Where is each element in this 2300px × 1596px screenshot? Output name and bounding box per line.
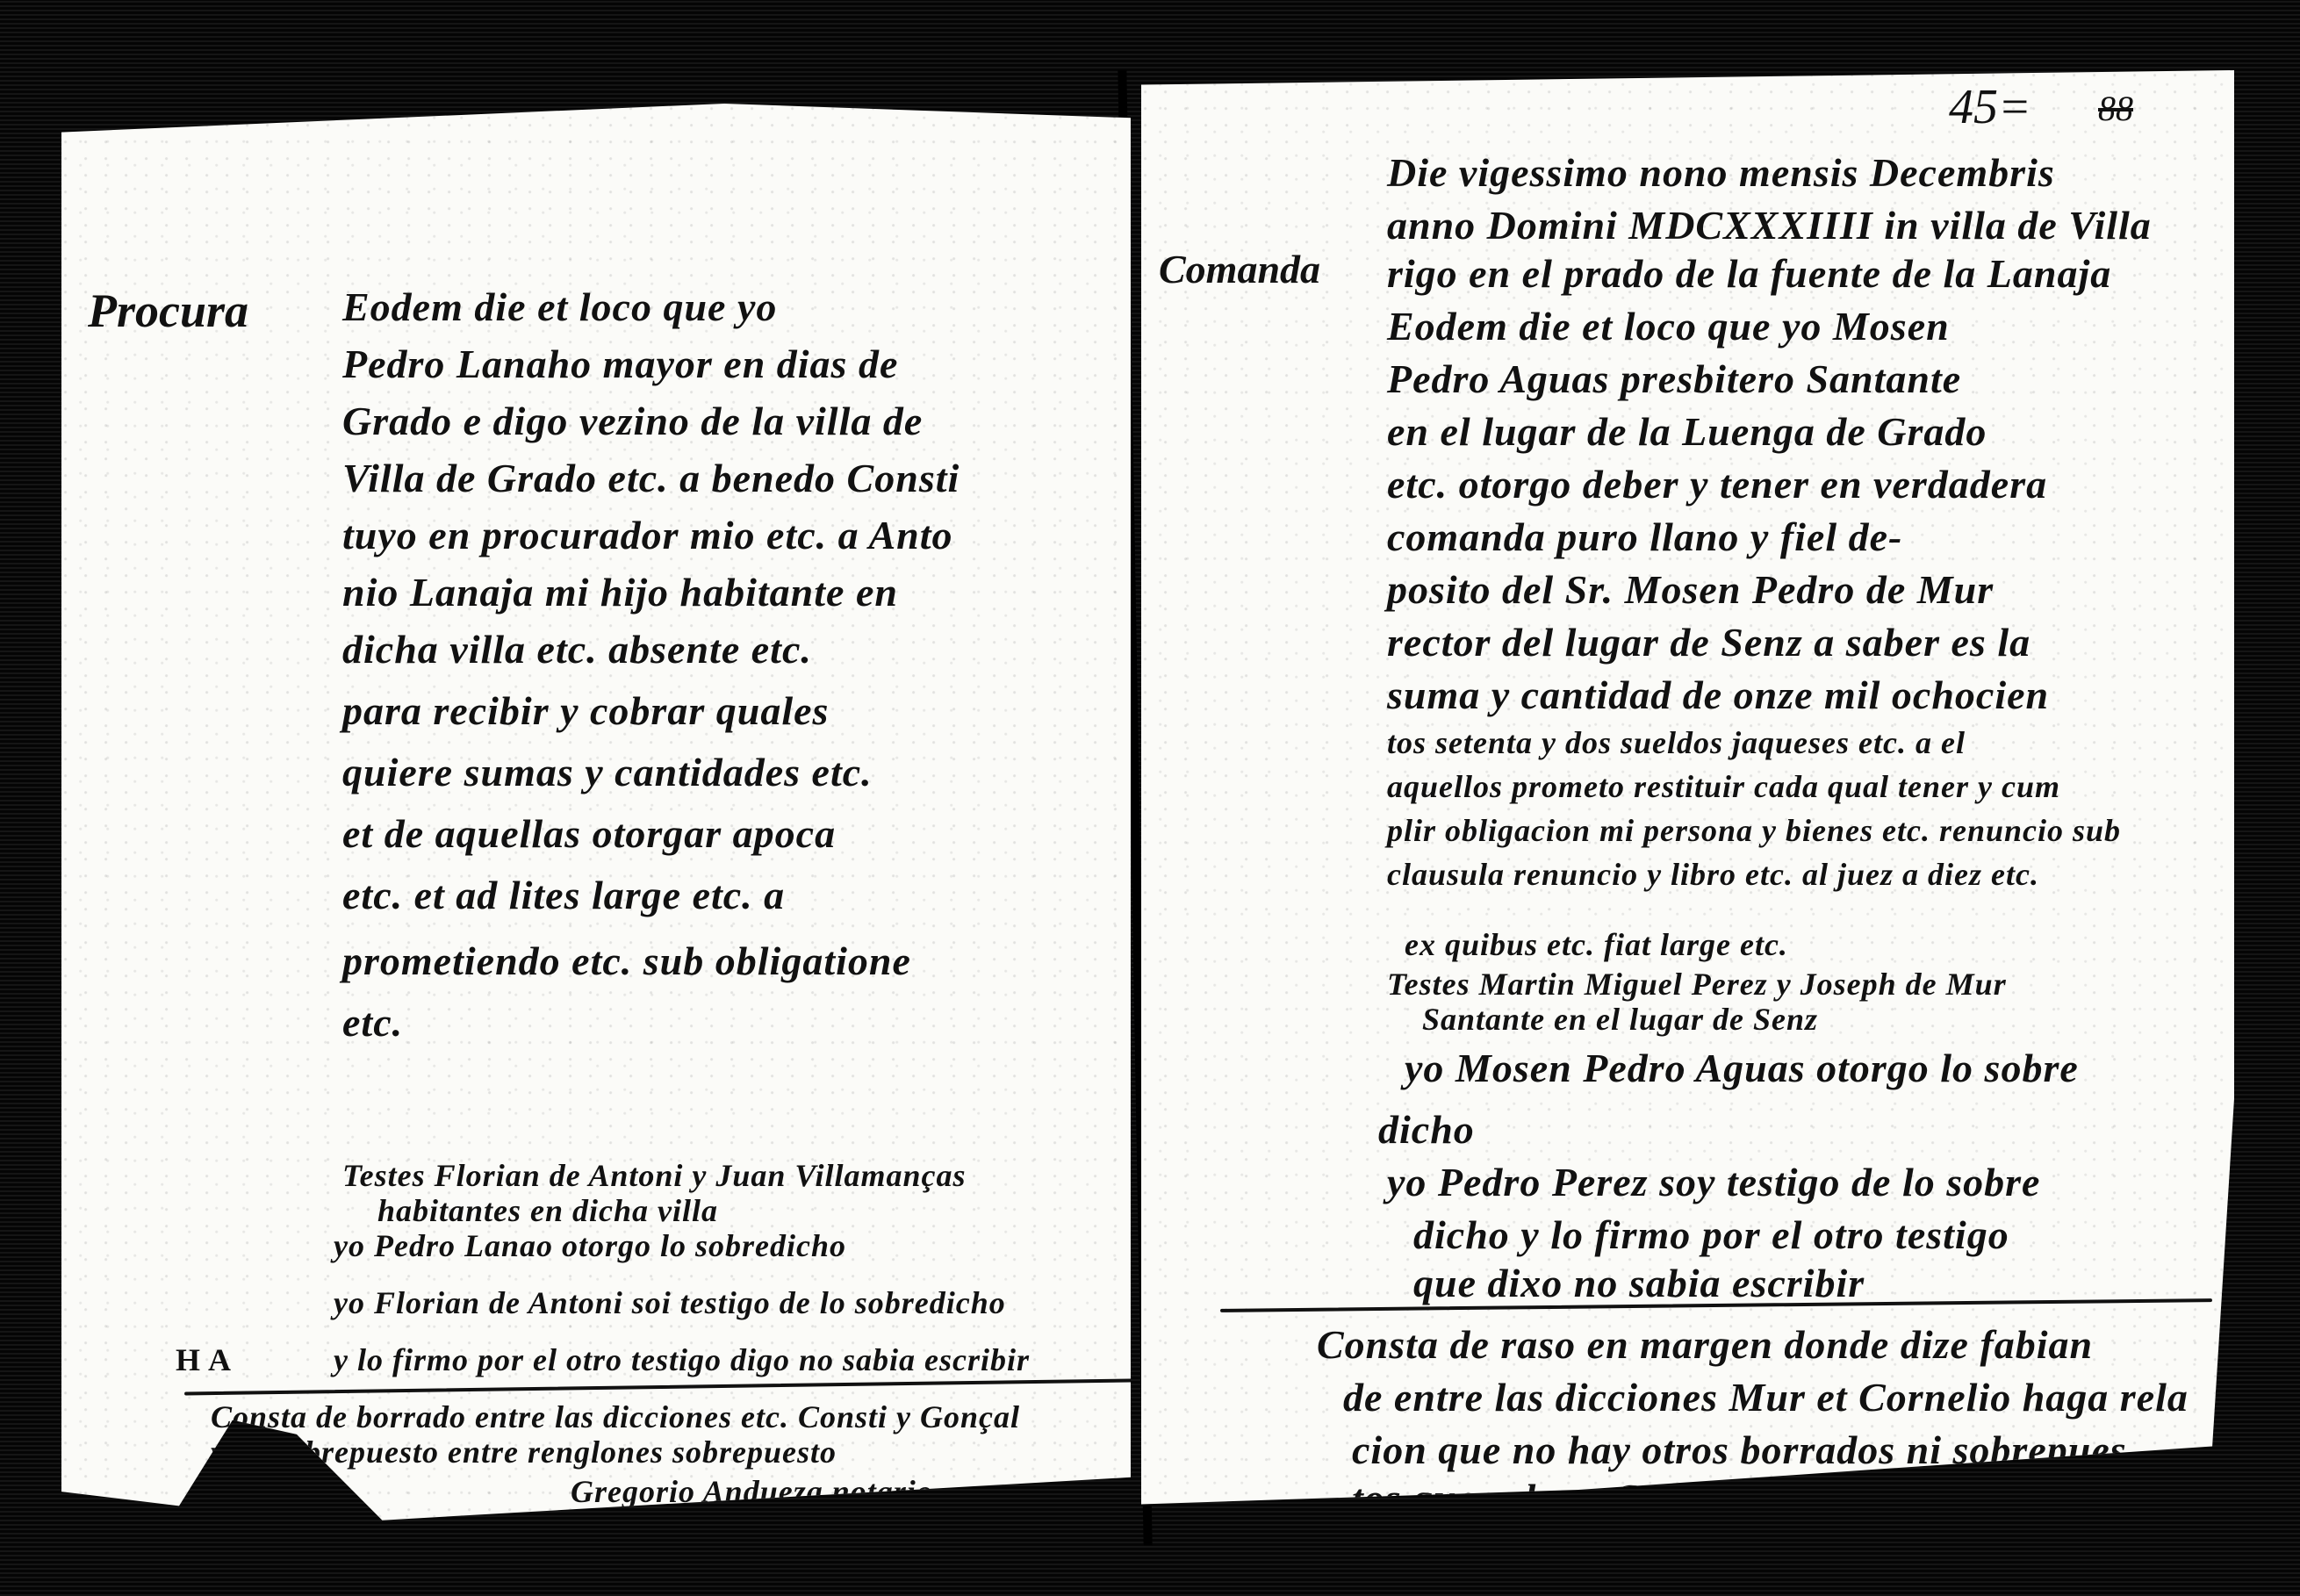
- struck-page-number: 88: [2098, 88, 2133, 129]
- body-line: posito del Sr. Mosen Pedro de Mur: [1387, 566, 1994, 613]
- body-line: rector del lugar de Senz a saber es la: [1387, 619, 2030, 665]
- footer-line: y de sobrepuesto entre renglones sobrepu…: [211, 1434, 837, 1470]
- witness-line: habitantes en dicha villa: [377, 1192, 718, 1229]
- witness-line: dicho y lo firmo por el otro testigo: [1413, 1211, 2009, 1258]
- witness-line: Testes Martin Miguel Perez y Joseph de M…: [1387, 966, 2007, 1003]
- body-line: prometiendo etc. sub obligatione: [342, 938, 911, 984]
- witness-line: yo Mosen Pedro Aguas otorgo lo sobre: [1405, 1045, 2079, 1091]
- body-line: plir obligacion mi persona y bienes etc.…: [1387, 812, 2121, 849]
- body-line: et de aquellas otorgar apoca: [342, 810, 836, 857]
- body-line: quiere sumas y cantidades etc.: [342, 749, 873, 795]
- witness-line: dicho: [1378, 1106, 1475, 1153]
- body-line: Die vigessimo nono mensis Decembris: [1387, 149, 2055, 196]
- body-line: etc.: [342, 999, 403, 1046]
- body-line: comanda puro llano y fiel de-: [1387, 514, 1902, 560]
- witness-line: yo Pedro Perez soy testigo de lo sobre: [1387, 1159, 2040, 1205]
- body-line: suma y cantidad de onze mil ochocien: [1387, 672, 2049, 718]
- witness-line: yo Pedro Lanao otorgo lo sobredicho: [334, 1227, 846, 1264]
- footer-line: Consta de raso en margen donde dize fabi…: [1317, 1321, 2093, 1368]
- margin-note-comanda: Comanda: [1159, 246, 1320, 292]
- body-line: etc. otorgo deber y tener en verdadera: [1387, 461, 2047, 507]
- body-line: tos setenta y dos sueldos jaqueses etc. …: [1387, 724, 1966, 761]
- body-line: nio Lanaja mi hijo habitante en: [342, 569, 898, 615]
- witness-line: Santante en el lugar de Senz: [1422, 1001, 1818, 1038]
- divider-rule: [184, 1378, 1132, 1395]
- body-line: Grado e digo vezino de la villa de: [342, 398, 923, 444]
- margin-note-procura: Procura: [88, 284, 248, 338]
- body-line: etc. et ad lites large etc. a: [342, 872, 785, 918]
- witness-line: ex quibus etc. fiat large etc.: [1405, 926, 1788, 963]
- body-line: en el lugar de la Luenga de Grado: [1387, 408, 1987, 455]
- witness-line: y lo firmo por el otro testigo digo no s…: [334, 1341, 1030, 1378]
- witness-line: que dixo no sabia escribir: [1413, 1260, 1865, 1306]
- body-line: Pedro Lanaho mayor en dias de: [342, 341, 898, 387]
- body-line: dicha villa etc. absente etc.: [342, 626, 812, 672]
- body-line: para recibir y cobrar quales: [342, 687, 829, 734]
- left-page: Procura Eodem die et loco que yo Pedro L…: [61, 104, 1131, 1535]
- footer-line: de entre las dicciones Mur et Cornelio h…: [1343, 1374, 2189, 1420]
- body-line: rigo en el prado de la fuente de la Lana…: [1387, 250, 2111, 297]
- body-line: Pedro Aguas presbitero Santante: [1387, 356, 1961, 402]
- footer-line: cion que no hay otros borrados ni sobrep…: [1352, 1427, 2127, 1473]
- body-line: Eodem die et loco que yo: [342, 284, 777, 330]
- body-line: Eodem die et loco que yo Mosen: [1387, 303, 1950, 349]
- footer-line: tos que salvar. Gregorio Andueza notario: [1352, 1475, 2070, 1521]
- footer-line: Consta de borrado entre las dicciones et…: [211, 1398, 1020, 1435]
- witness-line: yo Florian de Antoni soi testigo de lo s…: [334, 1284, 1006, 1321]
- notary-signature: Gregorio Andueza notario: [571, 1473, 933, 1510]
- witness-line: Testes Florian de Antoni y Juan Villaman…: [342, 1157, 966, 1194]
- right-page: 45= 88 Comanda Die vigessimo nono mensis…: [1141, 70, 2234, 1519]
- body-line: tuyo en procurador mio etc. a Anto: [342, 512, 953, 558]
- page-number: 45=: [1949, 79, 2031, 135]
- body-line: anno Domini MDCXXXIIII in villa de Villa: [1387, 202, 2152, 248]
- body-line: clausula renuncio y libro etc. al juez a…: [1387, 856, 2039, 893]
- margin-mark: H A: [176, 1341, 232, 1378]
- body-line: Villa de Grado etc. a benedo Consti: [342, 455, 960, 501]
- body-line: aquellos prometo restituir cada qual ten…: [1387, 768, 2060, 805]
